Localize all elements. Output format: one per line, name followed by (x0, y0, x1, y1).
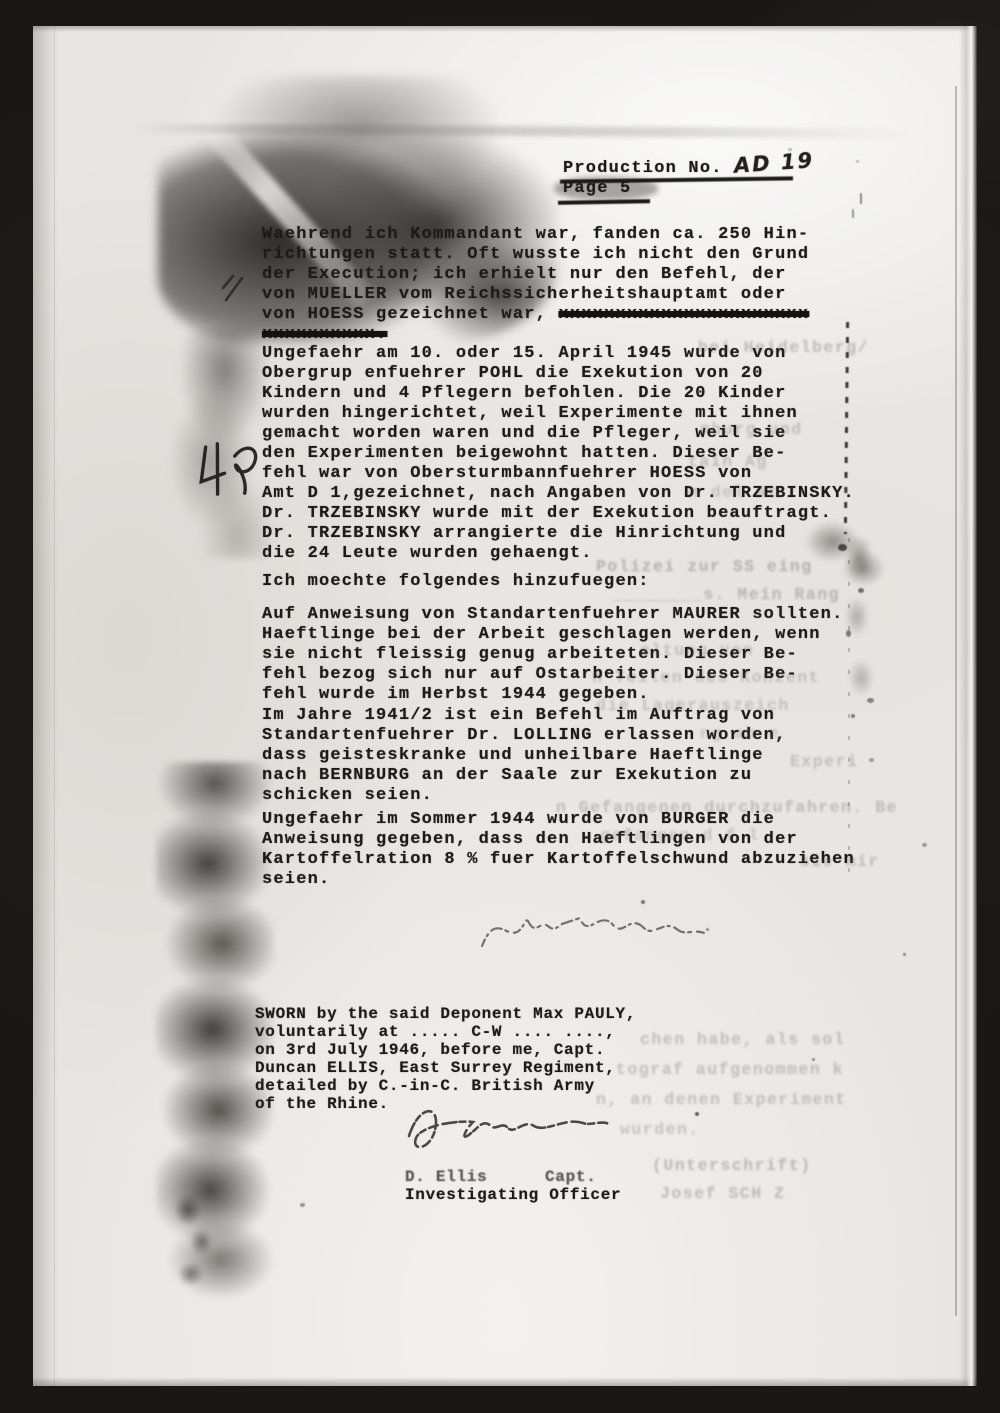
bleed-through-text: gefangen d f l (600, 826, 760, 845)
bleed-through-text: nburg und (700, 420, 803, 439)
bleed-through-text: Polizei zur SS eing (596, 557, 813, 576)
page-bottom-edge-shadow (33, 1377, 977, 1386)
speckle (860, 193, 862, 204)
bleed-through-text: tograf aufgenommen k (616, 1060, 844, 1079)
bleed-through-text: wurden. (620, 1120, 700, 1139)
page-fold-line (54, 26, 55, 1386)
paragraph-hinrichtungen: Waehrend ich Kommandant war, fanden ca. … (262, 225, 902, 345)
speckle (852, 209, 854, 218)
production-no-label: Production No. (563, 159, 723, 178)
underlying-page-edge (955, 86, 957, 1316)
production-no-handwritten: AD 19 (733, 150, 814, 176)
speckle (903, 953, 906, 956)
officer-title: Investigating Officer (405, 1186, 621, 1204)
bleed-through-text: bei Heidelberg/ (698, 338, 869, 357)
bleed-through-text: chen habe, als sol (640, 1030, 845, 1049)
bleed-through-text: eltung von (640, 641, 754, 660)
page-top-edge-shadow (33, 26, 977, 32)
officer-rank: Capt. (545, 1168, 597, 1186)
bleed-through-text: tain Ag (688, 452, 768, 471)
production-no-line: Production No. AD 19 (563, 155, 814, 179)
bleed-through-text: n, an denen Experiment (596, 1090, 847, 1109)
speckle (922, 843, 927, 847)
bleed-through-text: ng ab e (700, 724, 780, 743)
bleed-through-text: sie mir (800, 852, 880, 871)
margin-annotation-49 (189, 432, 283, 505)
bleed-through-text: ________s. Mein Rang (612, 585, 840, 604)
officer-name: D. Ellis (405, 1168, 487, 1186)
page-right-edge-shadow (959, 26, 977, 1386)
paragraph-maurer-befehl: Auf Anweisung von Standartenfuehrer MAUR… (262, 605, 922, 705)
bleed-through-text: n Teilen des Konzent (592, 668, 820, 687)
paragraph-kinder-exekution: Ungefaehr am 10. oder 15. April 1945 wur… (262, 344, 922, 504)
bleed-through-text: Josef SCH Z (660, 1184, 785, 1203)
page-left-edge-shadow (33, 26, 59, 1386)
margin-tick-mark (220, 272, 250, 304)
bleed-through-text: n del At (688, 483, 779, 502)
photostat-background: Production No. AD 19 Page 5 Waehrend ich… (0, 0, 1000, 1413)
speckle (856, 160, 859, 163)
bleed-through-text: n Gefangenen durchzufahren. Be (556, 798, 898, 817)
deponent-signature (470, 888, 760, 960)
bleed-through-text: die Lagerauszeich (596, 696, 790, 715)
paragraph-trzebinsky: Dr. TRZEBINSKY wurde mit der Exekution b… (262, 504, 922, 564)
speckle (300, 1203, 305, 1207)
bleed-through-text: Experi (790, 752, 858, 771)
bleed-through-text: (Unterschrift) (652, 1156, 812, 1175)
page-number-line: Page 5 (563, 179, 631, 199)
paragraph-kartoffelration: Ungefaehr im Sommer 1944 wurde von BURGE… (262, 810, 922, 890)
